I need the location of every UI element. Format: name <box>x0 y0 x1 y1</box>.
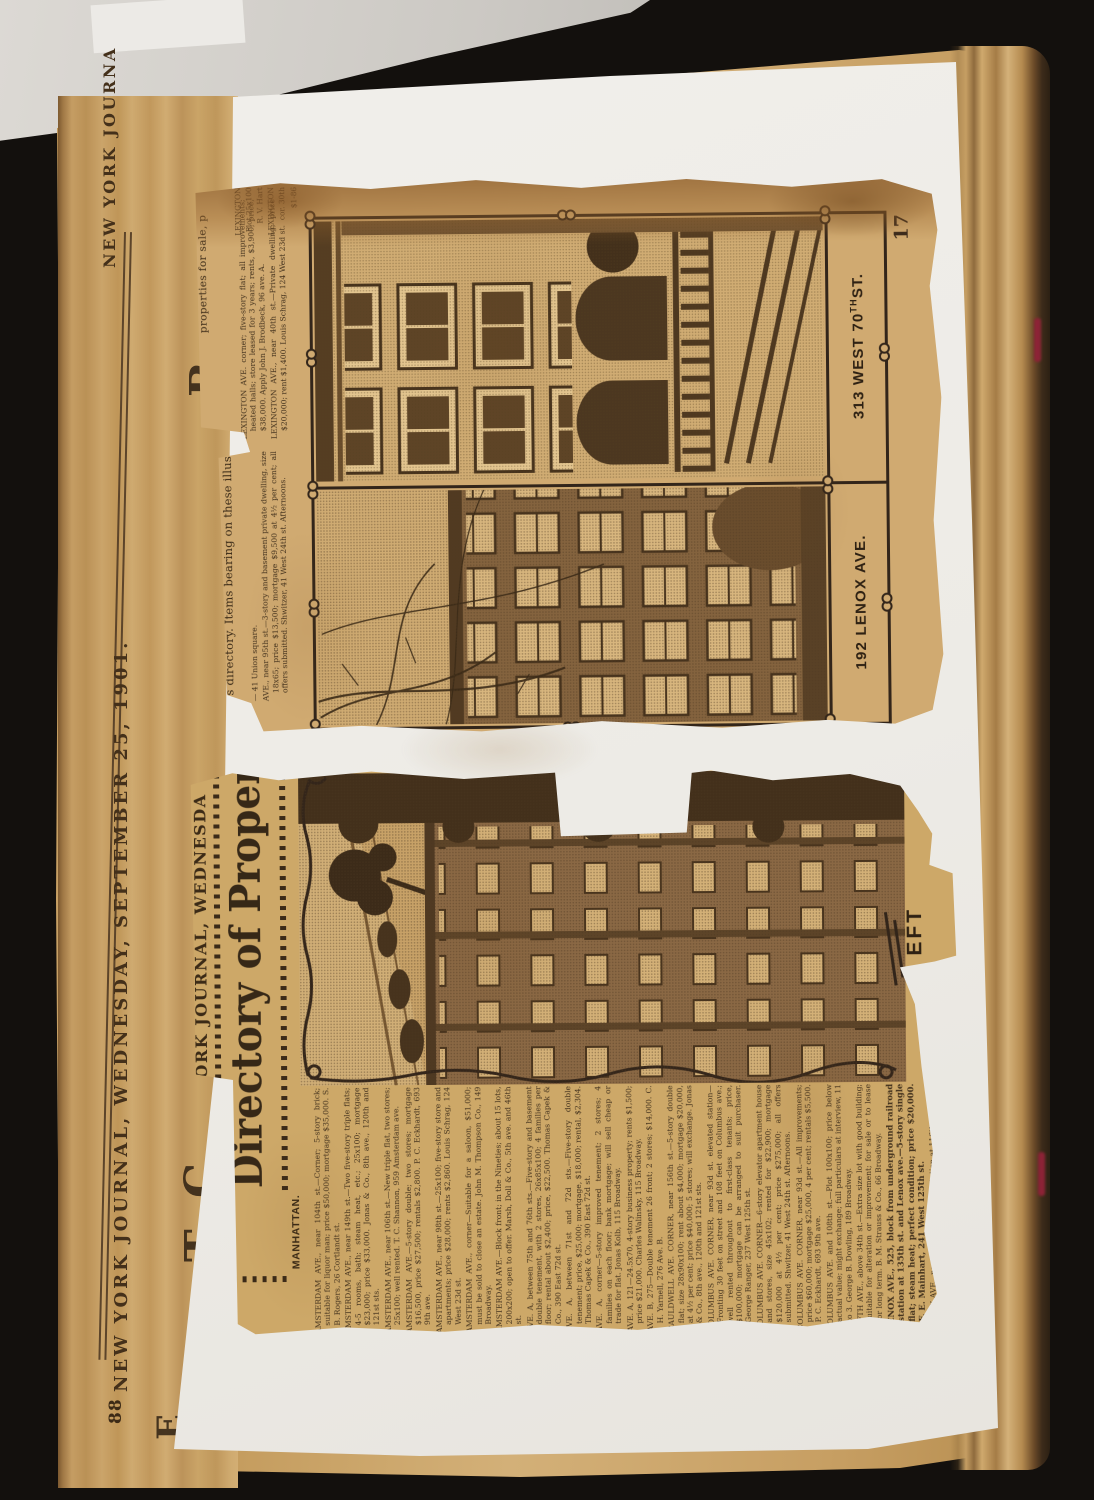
building-photo-192-lenox <box>316 486 827 725</box>
listing-entry: AMSTERDAM AVE., near 106th st.—New tripl… <box>382 1087 403 1333</box>
page-number: 88 <box>106 1398 126 1424</box>
manhattan-listings-column: AMSTERDAM AVE., near 104th st.—Corner; 5… <box>312 1083 960 1334</box>
torn-caption-fragment: EFT <box>903 907 927 956</box>
bottom-clipping-content: ORK JOURNAL, WEDNESDA Directory of Prope… <box>186 765 962 1338</box>
chain-link-ornament <box>822 474 833 494</box>
clipping-directory-line: y's directory. Items bearing on these il… <box>218 234 237 706</box>
listing-entry: — 41 Union square. <box>248 451 260 701</box>
newspaper-clipping-top: properties for sale, p y's directory. It… <box>193 178 945 736</box>
chain-link-ornament <box>825 712 836 732</box>
top-clipping-content: properties for sale, p y's directory. It… <box>190 174 948 740</box>
masthead-dateline: NEW YORK JOURNAL, WEDNESDAY, SEPTEMBER 2… <box>111 640 132 1392</box>
masthead-fragment: ORK JOURNAL, WEDNESDA <box>190 777 211 1079</box>
chain-link-ornament <box>308 598 319 618</box>
listing-entry: COLUMBUS AVE. CORNER—6-story elevator ap… <box>754 1084 793 1330</box>
cover-red-mark <box>1034 318 1041 362</box>
listing-entry: AVE. B, 275—Double tenement 26 front; 2 … <box>645 1085 666 1331</box>
chain-link-ornament <box>881 592 892 612</box>
listing-entry: COLUMBUS AVE. and 108th st.—Plot 100x100… <box>824 1084 854 1330</box>
listing-entry: AVE. A, between 71st and 72d sts.—Five-s… <box>563 1086 593 1332</box>
listing-entry: LENOX AVE., near new rapid transit stati… <box>927 1083 960 1329</box>
building-photo-row-houses <box>298 770 906 1086</box>
section-heading-manhattan: MANHATTAN. <box>290 1190 303 1274</box>
listing-entry: COLUMBUS AVE. CORNER, near 93d st.—All i… <box>794 1084 824 1330</box>
directory-headline: Directory of Proper <box>220 764 272 1188</box>
torn-edge-stain <box>190 174 943 248</box>
caption-text: 192 LENOX AVE. <box>851 534 869 669</box>
listing-entry: AVE. A, 121—24.5x70, 4-story business pr… <box>624 1086 645 1332</box>
caption-ordinal-sup: TH <box>849 298 858 312</box>
listing-entry: LENOX AVE., 525, block from underground … <box>884 1084 927 1330</box>
listing-entry: AMSTERDAM AVE., near 149th st.—Two five-… <box>342 1087 381 1333</box>
caption-text: ST. <box>849 273 866 298</box>
chain-link-ornament <box>879 342 890 362</box>
building-photo-313-west-70th <box>314 216 826 481</box>
listing-entry: AMSTERDAM AVE., near 98th st.—25x100; fi… <box>433 1087 463 1333</box>
listing-entry: AMSTERDAM AVE., corner—Suitable for a sa… <box>463 1087 493 1333</box>
newspaper-clipping-bottom: ORK JOURNAL, WEDNESDA Directory of Prope… <box>188 768 960 1336</box>
listing-entry: AMSTERDAM AVE.—5-story double; two store… <box>403 1087 433 1333</box>
caption-192-lenox: 192 LENOX AVE. <box>832 484 888 721</box>
listing-entry: AVE. A, between 75th and 76th sts.—Five-… <box>524 1086 563 1332</box>
listing-entry: COLUMBUS AVE. CORNER, near 93d st. eleva… <box>705 1085 754 1331</box>
cover-red-mark <box>1038 1152 1045 1196</box>
caption-text: 313 WEST 70 <box>849 312 867 419</box>
chain-border-frame: 192 LENOX AVE. 313 WEST 70TH ST. <box>308 211 891 731</box>
cross-border-stub <box>217 1276 289 1283</box>
listing-entry: AVE. A, corner—5-story improved tenement… <box>594 1086 624 1332</box>
listing-entry: AMSTERDAM AVE.—Block front; in the Ninet… <box>494 1086 524 1332</box>
left-listing-column: — 41 Union square.AVE., near 95th st.—3-… <box>248 451 292 701</box>
cross-border-row <box>279 776 288 1192</box>
chain-link-ornament <box>562 721 582 732</box>
listing-entry: AVE., near 95th st.—3-story and basement… <box>259 451 290 701</box>
caption-313-west-70th: 313 WEST 70TH ST. <box>829 216 886 477</box>
masthead-fragment-top: NEW YORK JOURNA <box>100 46 119 268</box>
clipping-header-fragment: properties for sale, p <box>196 215 210 440</box>
chain-link-ornament <box>306 348 317 368</box>
scrapbook-photograph: NEW YORK JOURNA NEW YORK JOURNAL, WEDNES… <box>0 0 1094 1500</box>
chain-link-ornament <box>307 480 318 500</box>
listing-entry: AMSTERDAM AVE., near 104th st.—Corner; 5… <box>312 1088 342 1334</box>
chain-link-ornament <box>310 718 321 738</box>
listing-entry: FIFTH AVE., above 34th st.—Extra size lo… <box>854 1084 884 1330</box>
listing-entry: CAULDWELL AVE. CORNER, near 156th st.—5-… <box>665 1085 704 1331</box>
